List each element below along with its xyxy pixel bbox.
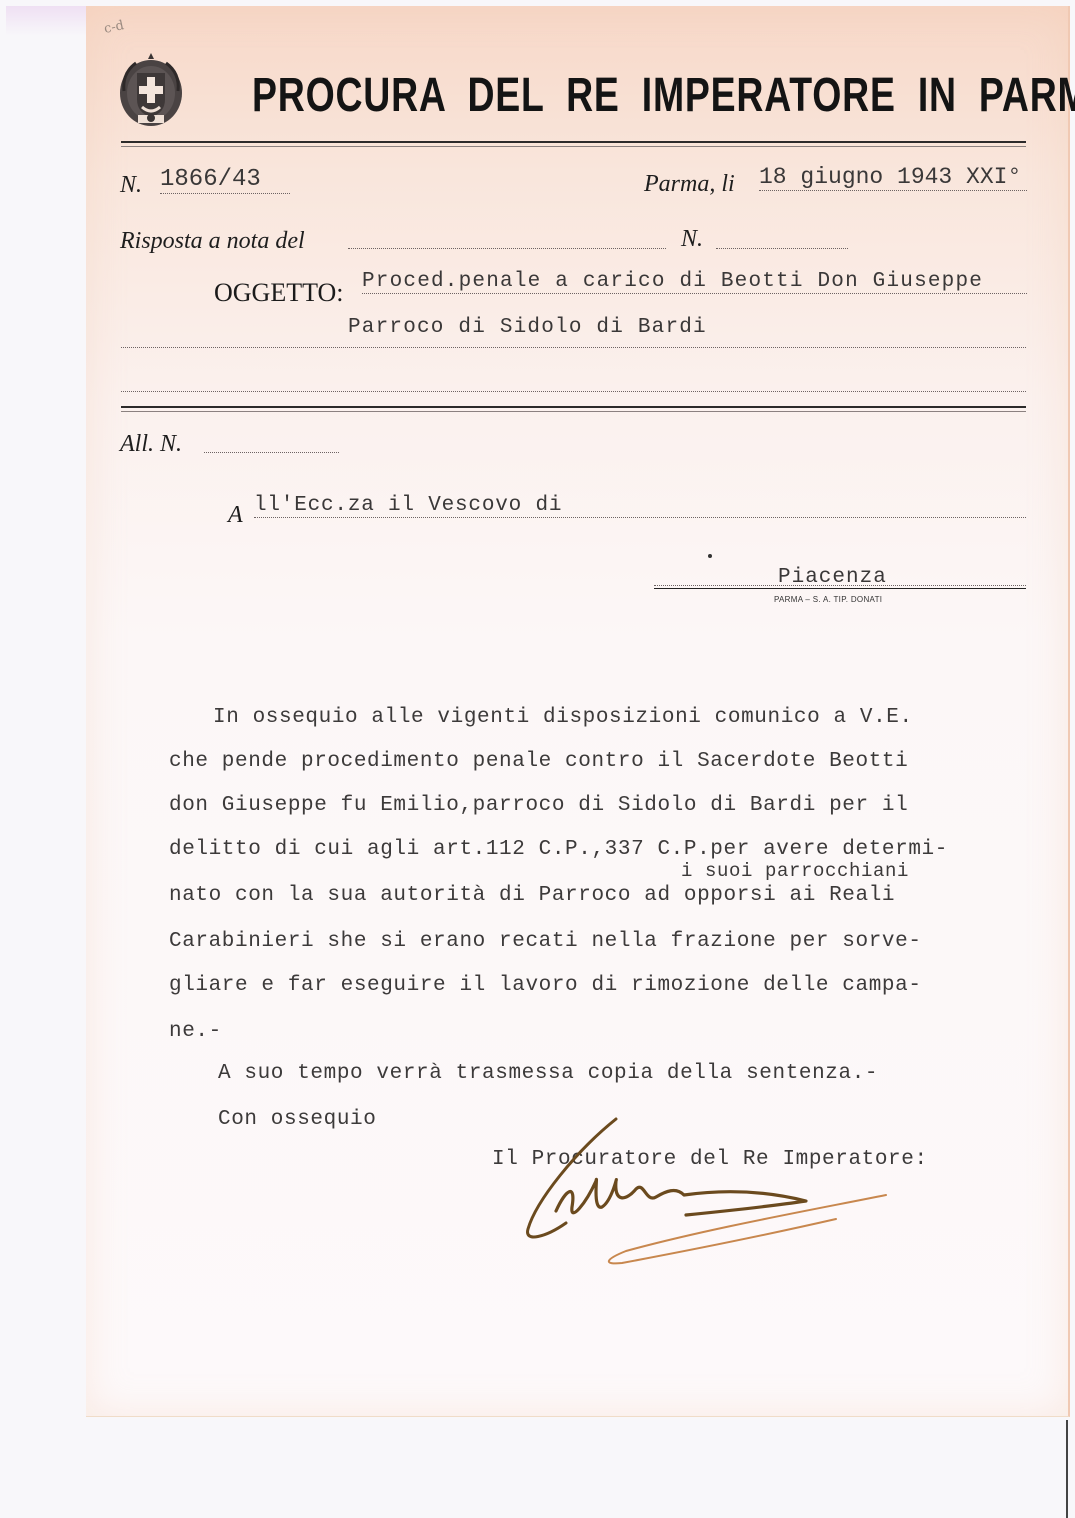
protocol-number-label: N. — [120, 172, 142, 199]
interlinear-insertion: i suoi parrocchiani — [681, 860, 909, 882]
body-line-4: delitto di cui agli art.112 C.P.,337 C.P… — [169, 838, 948, 861]
place-date-label: Parma, li — [644, 171, 735, 198]
subject-line-2: Parroco di Sidolo di Bardi — [348, 316, 707, 339]
office-title: PROCURA DEL RE IMPERATORE IN PARMA — [252, 68, 860, 123]
savoy-crest-icon — [116, 51, 186, 133]
attachments-label: All. N. — [120, 431, 182, 458]
date-value: 18 giugno 1943 XXI° — [759, 164, 1027, 191]
header-rule — [121, 141, 1026, 147]
addressee-city: Piacenza — [778, 566, 887, 589]
body-line-5: nato con la sua autorità di Parroco ad o… — [169, 884, 895, 907]
protocol-number-value: 1866/43 — [160, 166, 290, 194]
ink-dot — [708, 554, 712, 558]
subject-label: OGGETTO: — [214, 278, 344, 308]
pencil-annotation: c-d — [103, 18, 126, 37]
letter-page: c-d PROCURA DEL RE IMPERATORE IN PARMA N… — [86, 6, 1070, 1417]
reply-reference-field — [348, 228, 666, 249]
scanner-edge — [6, 6, 86, 36]
body-line-3: don Giuseppe fu Emilio,parroco di Sidolo… — [169, 794, 908, 817]
body-line-2: che pende procedimento penale contro il … — [169, 750, 908, 773]
addressee-prefix: A — [228, 502, 243, 529]
subject-section-rule — [121, 406, 1026, 412]
reply-number-label: N. — [681, 226, 703, 253]
addressee-underline — [654, 588, 1026, 589]
body-line-8: ne.- — [169, 1020, 222, 1043]
reply-reference-label: Risposta a nota del — [120, 228, 305, 255]
attachments-field — [204, 434, 339, 453]
subject-line-1: Proced.penale a carico di Beotti Don Giu… — [362, 270, 1027, 294]
body-line-7: gliare e far eseguire il lavoro di rimoz… — [169, 974, 922, 997]
subject-rule-2 — [121, 346, 1026, 348]
salutation: Con ossequio — [218, 1108, 376, 1131]
printer-imprint: PARMA – S. A. TIP. DONATI — [774, 595, 882, 604]
scan-edge-mark — [1066, 1420, 1068, 1518]
closing-line: A suo tempo verrà trasmessa copia della … — [218, 1062, 878, 1085]
body-line-6: Carabinieri she si erano recati nella fr… — [169, 930, 922, 953]
handwritten-signature-icon — [506, 1111, 906, 1271]
addressee-recipient: ll'Ecc.za il Vescovo di — [254, 494, 1026, 518]
body-line-1: In ossequio alle vigenti disposizioni co… — [213, 706, 913, 729]
reply-number-field — [716, 228, 848, 249]
subject-rule-3 — [121, 390, 1026, 392]
